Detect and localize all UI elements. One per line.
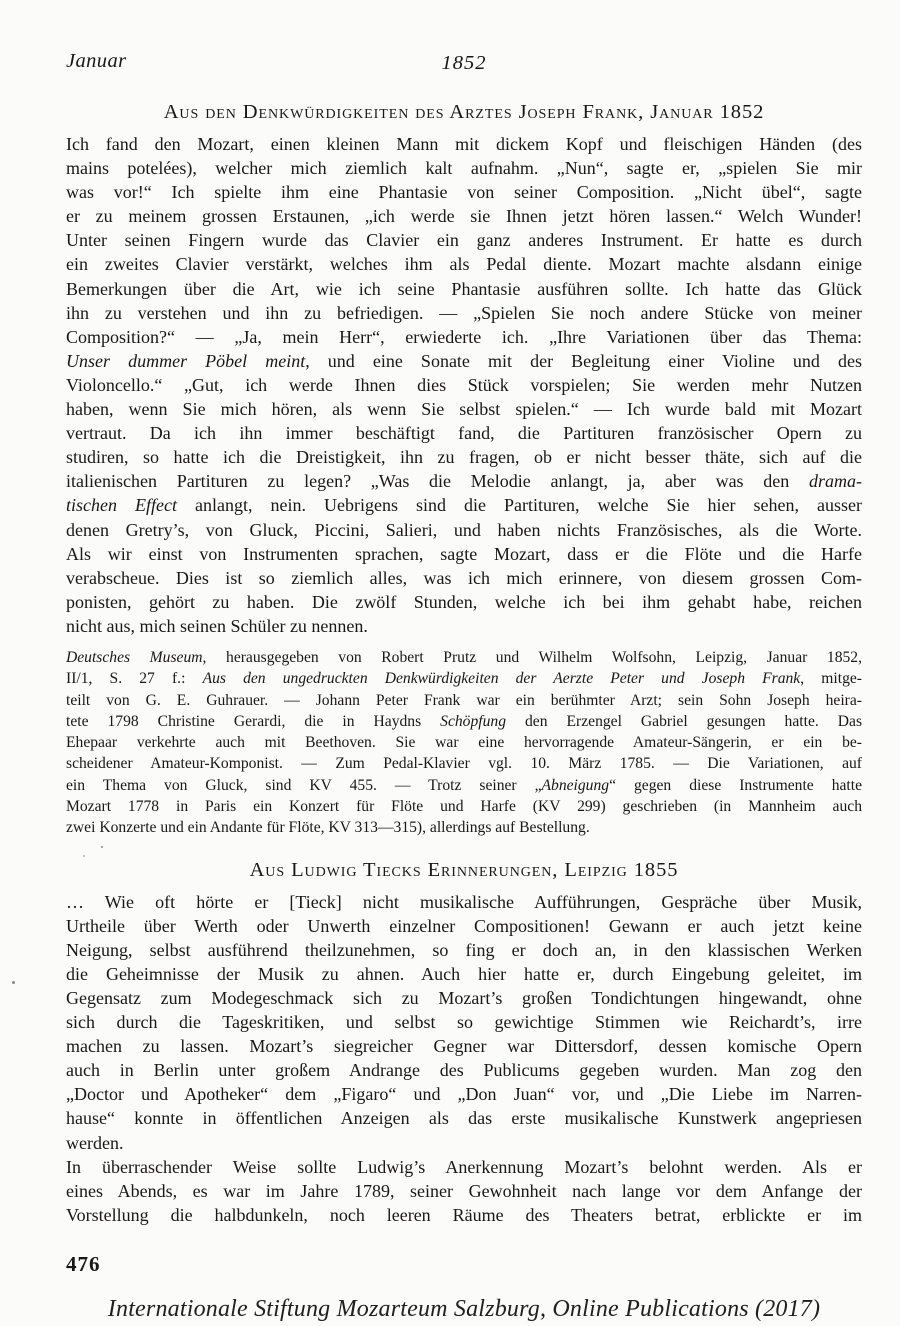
text-segment: ein zweites Clavier verstärkt, welches i… <box>66 254 862 274</box>
text-segment: werden. <box>66 1133 123 1153</box>
paragraph-frank-memoir: Ich fand den Mozart, einen kleinen Mann … <box>66 132 862 638</box>
text-segment: studiren, so hatte ich die Dreistigkeit,… <box>66 447 862 467</box>
running-header-month: Januar <box>66 50 126 73</box>
text-line: sich durch die Tageskritiken, und selbst… <box>66 1010 862 1034</box>
text-segment: Mozart 1778 in Paris ein Konzert für Flö… <box>66 798 862 815</box>
text-line: verabscheue. Dies ist so ziemlich alles,… <box>66 566 862 590</box>
text-line: … Wie oft hörte er [Tieck] nicht musikal… <box>66 890 862 914</box>
text-segment: scheidener Amateur-Komponist. — Zum Peda… <box>66 755 862 772</box>
text-line: Neigung, selbst ausführend theilzunehmen… <box>66 938 862 962</box>
text-line: Mozart 1778 in Paris ein Konzert für Flö… <box>66 796 862 817</box>
text-segment: Violoncello.“ „Gut, ich werde Ihnen dies… <box>66 375 862 395</box>
section-frank: Aus den Denkwürdigkeiten des Arztes Jose… <box>66 99 862 839</box>
italic-text-segment: Aus den ungedruckten Denkwürdigkeiten de… <box>203 670 801 687</box>
text-segment: ihn zu verstehen und ihn zu befriedigen.… <box>66 303 862 323</box>
italic-text-segment: drama- <box>809 471 862 491</box>
text-segment: auch in Berlin unter großem Andrange des… <box>66 1060 862 1080</box>
text-segment: mains potelées), welcher mich ziemlich k… <box>66 158 862 178</box>
text-segment: den Erzengel Gabriel gesungen hatte. Das <box>506 713 862 730</box>
page-content: Januar 1852 Aus den Denkwürdigkeiten des… <box>66 50 862 1323</box>
text-line: Als wir einst von Instrumenten sprachen,… <box>66 542 862 566</box>
text-segment: anlangt, nein. Uebrigens sind die Partit… <box>177 495 862 515</box>
paragraph-source-note: Deutsches Museum, herausgegeben von Robe… <box>66 647 862 839</box>
text-line: denen Gretry’s, von Gluck, Piccini, Sali… <box>66 518 862 542</box>
section-heading-tieck: Aus Ludwig Tiecks Erinnerungen, Leipzig … <box>66 857 862 883</box>
text-line: Deutsches Museum, herausgegeben von Robe… <box>66 647 862 668</box>
text-segment: denen Gretry’s, von Gluck, Piccini, Sali… <box>66 520 862 540</box>
text-segment: “ gegen diese Instrumente hatte <box>609 777 862 794</box>
paragraph-tieck-anecdote: In überraschender Weise sollte Ludwig’s … <box>66 1155 862 1227</box>
text-segment: haben, wenn Sie mich hören, als wenn Sie… <box>66 399 862 419</box>
text-line: Violoncello.“ „Gut, ich werde Ihnen dies… <box>66 373 862 397</box>
scan-speck <box>12 981 15 984</box>
text-line: was vor!“ Ich spielte ihm eine Phantasie… <box>66 180 862 204</box>
text-line: studiren, so hatte ich die Dreistigkeit,… <box>66 445 862 469</box>
text-line: In überraschender Weise sollte Ludwig’s … <box>66 1155 862 1179</box>
italic-text-segment: Deutsches Museum <box>66 649 203 666</box>
text-segment: sich durch die Tageskritiken, und selbst… <box>66 1012 862 1032</box>
text-line: nicht aus, mich seinen Schüler zu nennen… <box>66 614 862 638</box>
text-line: Vorstellung die halbdunkeln, noch leeren… <box>66 1203 862 1227</box>
text-line: II/1, S. 27 f.: Aus den ungedruckten Den… <box>66 668 862 689</box>
text-line: vertraut. Da ich ihn immer beschäftigt f… <box>66 421 862 445</box>
paragraph-tieck-memoir: … Wie oft hörte er [Tieck] nicht musikal… <box>66 890 862 1155</box>
text-line: ein zweites Clavier verstärkt, welches i… <box>66 252 862 276</box>
text-line: ein Thema von Gluck, sind KV 455. — Trot… <box>66 775 862 796</box>
text-segment: , und eine Sonate mit der Begleitung ein… <box>305 351 862 371</box>
italic-text-segment: Abneigung <box>542 777 610 794</box>
page-number: 476 <box>66 1252 862 1277</box>
text-line: mains potelées), welcher mich ziemlich k… <box>66 156 862 180</box>
text-segment: Urtheile über Werth oder Unwerth einzeln… <box>66 916 862 936</box>
text-segment: Als wir einst von Instrumenten sprachen,… <box>66 544 862 564</box>
document-page: Januar 1852 Aus den Denkwürdigkeiten des… <box>0 0 900 1326</box>
text-line: Unser dummer Pöbel meint, und eine Sonat… <box>66 349 862 373</box>
text-line: Unter seinen Fingern wurde das Clavier e… <box>66 228 862 252</box>
text-line: Ich fand den Mozart, einen kleinen Mann … <box>66 132 862 156</box>
text-line: haben, wenn Sie mich hören, als wenn Sie… <box>66 397 862 421</box>
text-segment: verabscheue. Dies ist so ziemlich alles,… <box>66 568 862 588</box>
text-segment: ponisten, gehört zu haben. Die zwölf Stu… <box>66 592 862 612</box>
text-segment: machen zu lassen. Mozart’s siegreicher G… <box>66 1036 862 1056</box>
text-segment: , mitge- <box>800 670 862 687</box>
text-line: eines Abends, es war im Jahre 1789, sein… <box>66 1179 862 1203</box>
text-segment: hause“ konnte in öffentlichen Anzeigen a… <box>66 1108 862 1128</box>
text-segment: zwei Konzerte und ein Andante für Flöte,… <box>66 819 590 836</box>
text-segment: eines Abends, es war im Jahre 1789, sein… <box>66 1181 862 1201</box>
text-segment: In überraschender Weise sollte Ludwig’s … <box>66 1157 862 1177</box>
text-segment: Ich fand den Mozart, einen kleinen Mann … <box>66 134 862 154</box>
text-segment: die Geheimnisse der Musik zu ahnen. Auch… <box>66 964 862 984</box>
section-tieck: Aus Ludwig Tiecks Erinnerungen, Leipzig … <box>66 857 862 1227</box>
text-segment: Gegensatz zum Modegeschmack sich zu Moza… <box>66 988 862 1008</box>
text-line: Ehepaar verkehrte auch mit Beethoven. Si… <box>66 732 862 753</box>
text-line: tischen Effect anlangt, nein. Uebrigens … <box>66 493 862 517</box>
text-line: Composition?“ — „Ja, mein Herr“, erwiede… <box>66 325 862 349</box>
text-line: scheidener Amateur-Komponist. — Zum Peda… <box>66 753 862 774</box>
section-heading-frank: Aus den Denkwürdigkeiten des Arztes Jose… <box>66 99 862 125</box>
italic-text-segment: tischen Effect <box>66 495 177 515</box>
italic-text-segment: Schöpfung <box>440 713 506 730</box>
text-line: „Doctor und Apotheker“ dem „Figaro“ und … <box>66 1082 862 1106</box>
text-line: hause“ konnte in öffentlichen Anzeigen a… <box>66 1106 862 1130</box>
text-line: er zu meinem grossen Erstaunen, „ich wer… <box>66 204 862 228</box>
text-segment: „Doctor und Apotheker“ dem „Figaro“ und … <box>66 1084 862 1104</box>
text-segment: nicht aus, mich seinen Schüler zu nennen… <box>66 616 368 636</box>
text-segment: Unter seinen Fingern wurde das Clavier e… <box>66 230 862 250</box>
text-line: Gegensatz zum Modegeschmack sich zu Moza… <box>66 986 862 1010</box>
text-line: Bemerkungen über die Art, wie ich seine … <box>66 277 862 301</box>
text-segment: , herausgegeben von Robert Prutz und Wil… <box>203 649 862 666</box>
text-segment: was vor!“ Ich spielte ihm eine Phantasie… <box>66 182 862 202</box>
publication-footer: Internationale Stiftung Mozarteum Salzbu… <box>66 1296 862 1323</box>
text-segment: teilt von G. E. Guhrauer. — Johann Peter… <box>66 692 862 709</box>
italic-text-segment: Unser dummer Pöbel meint <box>66 351 305 371</box>
text-segment: Vorstellung die halbdunkeln, noch leeren… <box>66 1205 862 1225</box>
text-line: italienischen Partituren zu legen? „Was … <box>66 469 862 493</box>
text-line: werden. <box>66 1131 862 1155</box>
text-segment: italienischen Partituren zu legen? „Was … <box>66 471 809 491</box>
text-line: Urtheile über Werth oder Unwerth einzeln… <box>66 914 862 938</box>
text-line: ponisten, gehört zu haben. Die zwölf Stu… <box>66 590 862 614</box>
text-segment: Neigung, selbst ausführend theilzunehmen… <box>66 940 862 960</box>
text-line: tete 1798 Christine Gerardi, die in Hayd… <box>66 711 862 732</box>
text-segment: II/1, S. 27 f.: <box>66 670 203 687</box>
text-segment: vertraut. Da ich ihn immer beschäftigt f… <box>66 423 862 443</box>
text-line: machen zu lassen. Mozart’s siegreicher G… <box>66 1034 862 1058</box>
text-segment: Ehepaar verkehrte auch mit Beethoven. Si… <box>66 734 862 751</box>
text-segment: Composition?“ — „Ja, mein Herr“, erwiede… <box>66 327 862 347</box>
text-segment: er zu meinem grossen Erstaunen, „ich wer… <box>66 206 862 226</box>
text-line: teilt von G. E. Guhrauer. — Johann Peter… <box>66 690 862 711</box>
text-line: auch in Berlin unter großem Andrange des… <box>66 1058 862 1082</box>
text-segment: Bemerkungen über die Art, wie ich seine … <box>66 279 862 299</box>
text-line: zwei Konzerte und ein Andante für Flöte,… <box>66 817 862 838</box>
running-header-year: 1852 <box>442 52 487 75</box>
text-line: ihn zu verstehen und ihn zu befriedigen.… <box>66 301 862 325</box>
text-segment: … Wie oft hörte er [Tieck] nicht musikal… <box>66 892 862 912</box>
text-segment: tete 1798 Christine Gerardi, die in Hayd… <box>66 713 440 730</box>
running-header: Januar 1852 <box>66 50 862 78</box>
text-segment: ein Thema von Gluck, sind KV 455. — Trot… <box>66 777 542 794</box>
text-line: die Geheimnisse der Musik zu ahnen. Auch… <box>66 962 862 986</box>
